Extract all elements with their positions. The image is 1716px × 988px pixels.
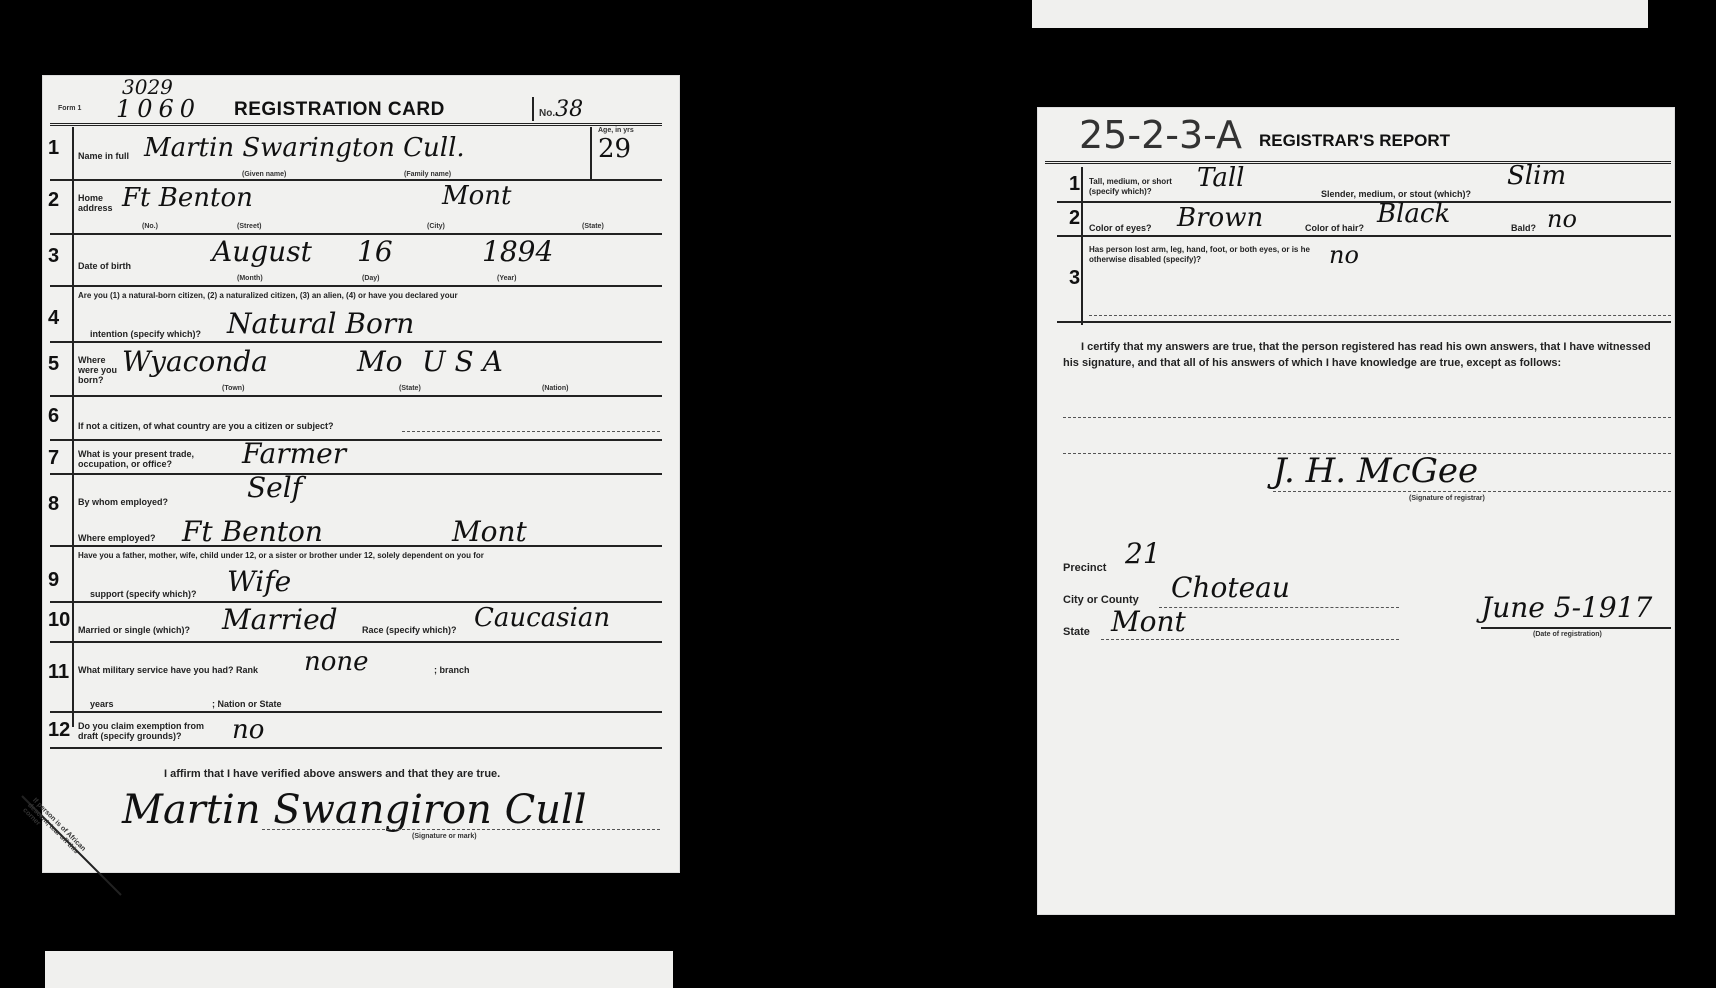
city-value: Choteau — [1171, 571, 1290, 604]
eye-color-value: Brown — [1177, 203, 1263, 233]
report-title: REGISTRAR'S REPORT — [1259, 131, 1450, 151]
certify-text: I certify that my answers are true, that… — [1063, 339, 1663, 371]
name-value: Martin Swarington Cull. — [144, 133, 465, 163]
adjacent-card-bottom-strip — [45, 951, 673, 988]
age-box: Age, in yrs 29 — [590, 127, 634, 179]
registrars-report-card: 25-2-3-A REGISTRAR'S REPORT 1 Tall, medi… — [1037, 107, 1675, 915]
birth-day: 16 — [357, 235, 393, 268]
home-city: Ft Benton — [122, 183, 253, 213]
affirm-text: I affirm that I have verified above answ… — [164, 769, 500, 779]
citizenship-value: Natural Born — [227, 307, 414, 340]
marital-value: Married — [222, 603, 338, 636]
birth-month: August — [212, 235, 312, 268]
military-rank-value: none — [304, 647, 369, 677]
birth-nation: U S A — [422, 345, 503, 378]
tear-corner-note: If person is of African descent, tear of… — [21, 797, 92, 868]
state-value: Mont — [1111, 605, 1186, 638]
registration-card: Form 1 3029 1060 REGISTRATION CARD No.38… — [42, 75, 680, 873]
dependents-value: Wife — [227, 565, 291, 598]
birth-state: Mo — [357, 345, 403, 378]
home-state: Mont — [442, 181, 511, 211]
age-value: 29 — [598, 134, 634, 164]
precinct-value: 21 — [1125, 537, 1161, 570]
form-label: Form 1 — [58, 105, 81, 112]
birth-year: 1894 — [482, 235, 553, 268]
height-value: Tall — [1197, 163, 1244, 193]
hair-color-value: Black — [1377, 199, 1450, 229]
header-rule — [50, 123, 662, 126]
employed-city: Ft Benton — [182, 515, 323, 548]
occupation-value: Farmer — [242, 437, 346, 470]
report-code: 25-2-3-A — [1079, 113, 1242, 157]
race-value: Caucasian — [474, 603, 610, 633]
number-box: No.38 — [532, 97, 583, 121]
registrant-signature: Martin Swangiron Cull — [122, 787, 587, 833]
employed-state: Mont — [452, 515, 527, 548]
card-title: REGISTRATION CARD — [234, 99, 445, 121]
employer-value: Self — [247, 471, 302, 504]
birth-town: Wyaconda — [122, 345, 268, 378]
serial-bottom: 1060 — [116, 95, 201, 123]
build-value: Slim — [1507, 161, 1566, 191]
bald-value: no — [1547, 205, 1577, 233]
registration-date-value: June 5-1917 — [1481, 591, 1652, 624]
exemption-value: no — [232, 715, 264, 745]
registrar-signature: J. H. McGee — [1273, 451, 1478, 491]
adjacent-card-top-strip — [1032, 0, 1648, 28]
disability-value: no — [1329, 241, 1359, 269]
card-number: 38 — [555, 97, 583, 122]
